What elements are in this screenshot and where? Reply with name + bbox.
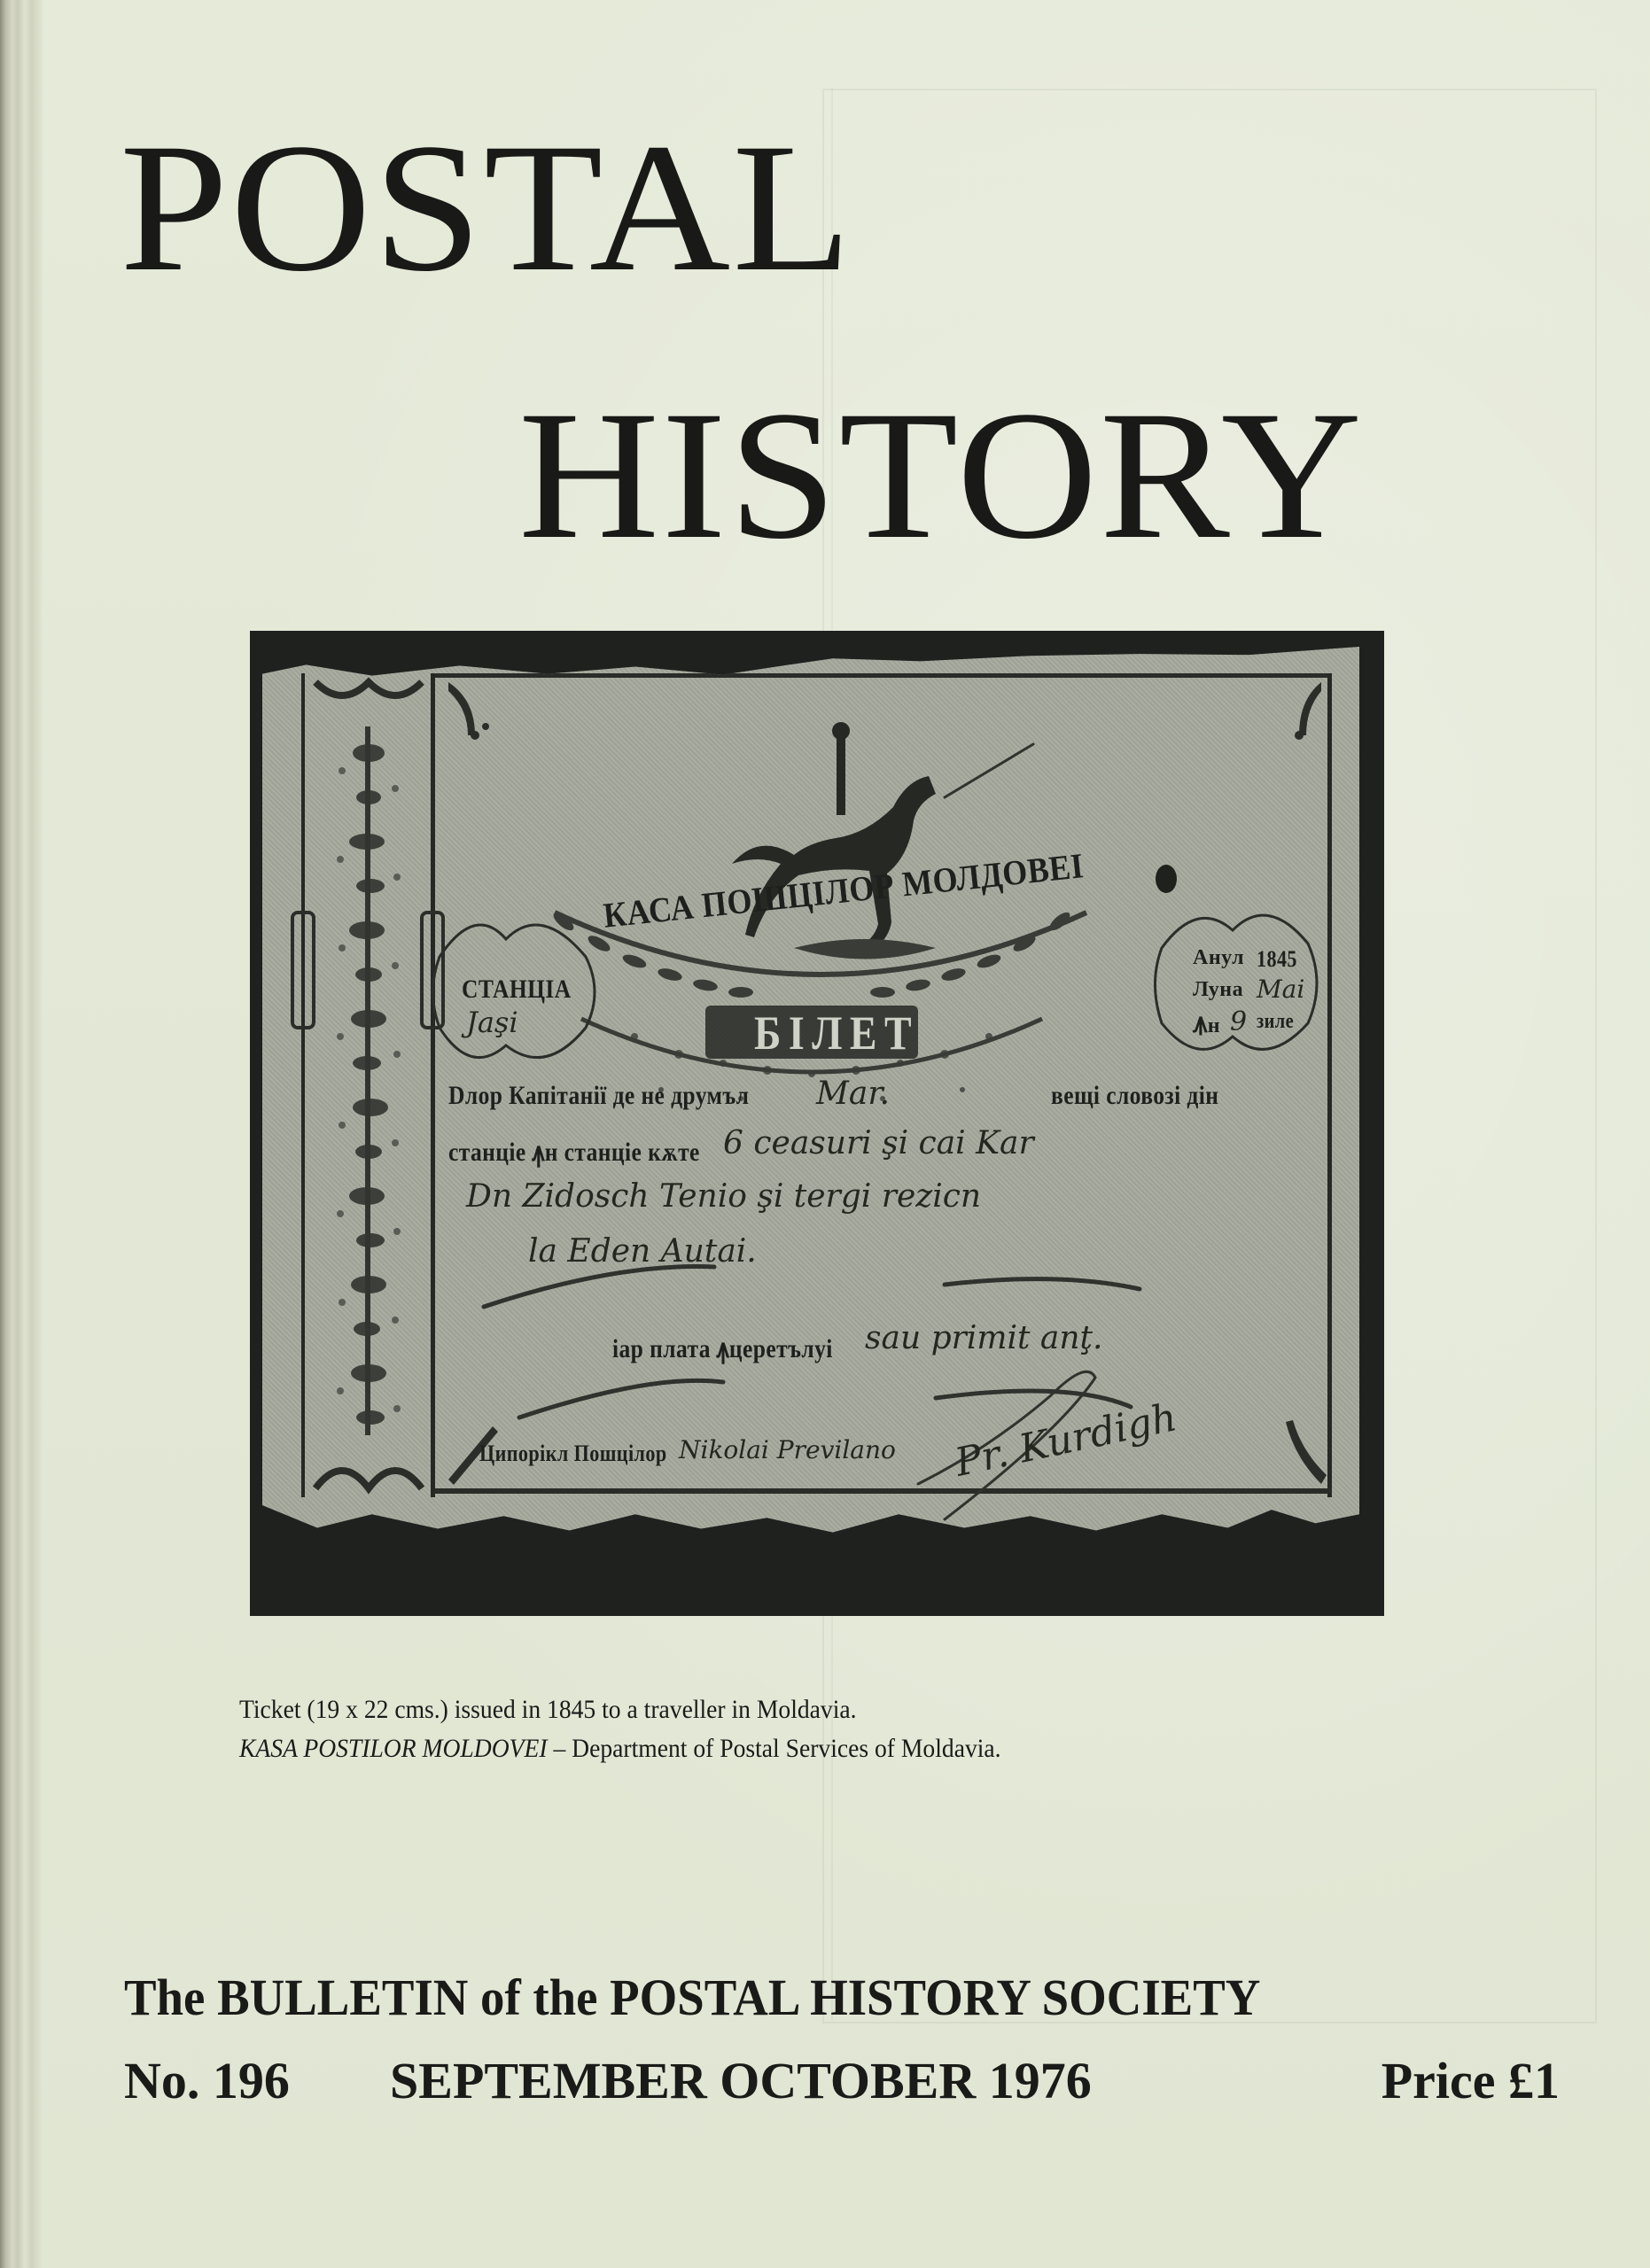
- ticket-body-line2: станціе ꙟн станціе кѫте: [448, 1132, 700, 1169]
- ticket-body-line2-hand: 6 ceasuri şi cai Kar: [723, 1125, 1034, 1161]
- publication-line: The BULLETIN of the POSTAL HISTORY SOCIE…: [124, 1972, 1260, 2023]
- ticket-body-line1-end: вещі словозі дін: [1051, 1081, 1218, 1111]
- left-cartouche-label: СТАНЦІА: [462, 975, 572, 1005]
- ticket-body-line1: Dлор Капітанії де не друмъл: [448, 1081, 749, 1111]
- ink-blot: [1156, 865, 1177, 893]
- date-month-label: Луна: [1193, 978, 1243, 1001]
- ticket-signature-name: Nikolai Previlano: [679, 1435, 896, 1464]
- horseman-vignette-icon: [732, 722, 936, 959]
- caption-line-2: KASA POSTILOR MOLDOVEI – Department of P…: [239, 1729, 1001, 1768]
- masthead-postal: POSTAL: [120, 115, 853, 299]
- photo-caption: Ticket (19 x 22 cms.) issued in 1845 to …: [239, 1690, 1001, 1768]
- date-year-label: Анул: [1193, 946, 1244, 969]
- caption-italic-title: KASA POSTILOR MOLDOVEI: [239, 1734, 548, 1763]
- issue-number: No. 196: [124, 2055, 290, 2107]
- ticket-payment-hand: sau primit anţ.: [865, 1320, 1102, 1356]
- ticket-body-line3-hand: Dn Zidosch Tenio şi tergi rezicn: [466, 1178, 981, 1215]
- binding-edge: [0, 0, 43, 2268]
- date-year-value: 1845: [1257, 946, 1297, 973]
- ticket-body-line4-hand: la Eden Autai.: [528, 1233, 757, 1270]
- date-day-prefix: Ꙟн: [1193, 1014, 1220, 1037]
- left-cartouche-handwritten: Jaşi: [466, 1006, 518, 1039]
- date-day-value: 9: [1230, 1006, 1247, 1037]
- cover-photo: БІЛЕТ КАСА ПОШЦІЛОР МОЛДОВЕІ СТАНЦІА Jaş…: [250, 631, 1384, 1616]
- masthead-history: HISTORY: [518, 383, 1364, 567]
- issue-price: Price £1: [1381, 2055, 1560, 2107]
- right-cartouche-date: Анул 1845 Луна Mai Ꙟн 9 зиле: [1193, 946, 1244, 1042]
- date-day-suffix: зиле: [1257, 1010, 1294, 1034]
- caption-translation: – Department of Postal Services of Molda…: [548, 1734, 1001, 1763]
- ticket-signature-label: Ципорікл Пошцілор: [479, 1441, 667, 1467]
- issue-date: SEPTEMBER OCTOBER 1976: [390, 2055, 1092, 2107]
- date-month-value: Mai: [1257, 975, 1304, 1004]
- ticket-payment-printed: іар плата ꙟцеретълуі: [612, 1329, 833, 1365]
- ticket-document: БІЛЕТ КАСА ПОШЦІЛОР МОЛДОВЕІ СТАНЦІА Jaş…: [262, 647, 1359, 1550]
- ticket-center-title: БІЛЕТ: [754, 1006, 919, 1060]
- caption-line-1: Ticket (19 x 22 cms.) issued in 1845 to …: [239, 1690, 1001, 1729]
- ticket-body-line1-hand: Mar.: [816, 1076, 890, 1112]
- left-ornament-column-icon: [292, 682, 443, 1488]
